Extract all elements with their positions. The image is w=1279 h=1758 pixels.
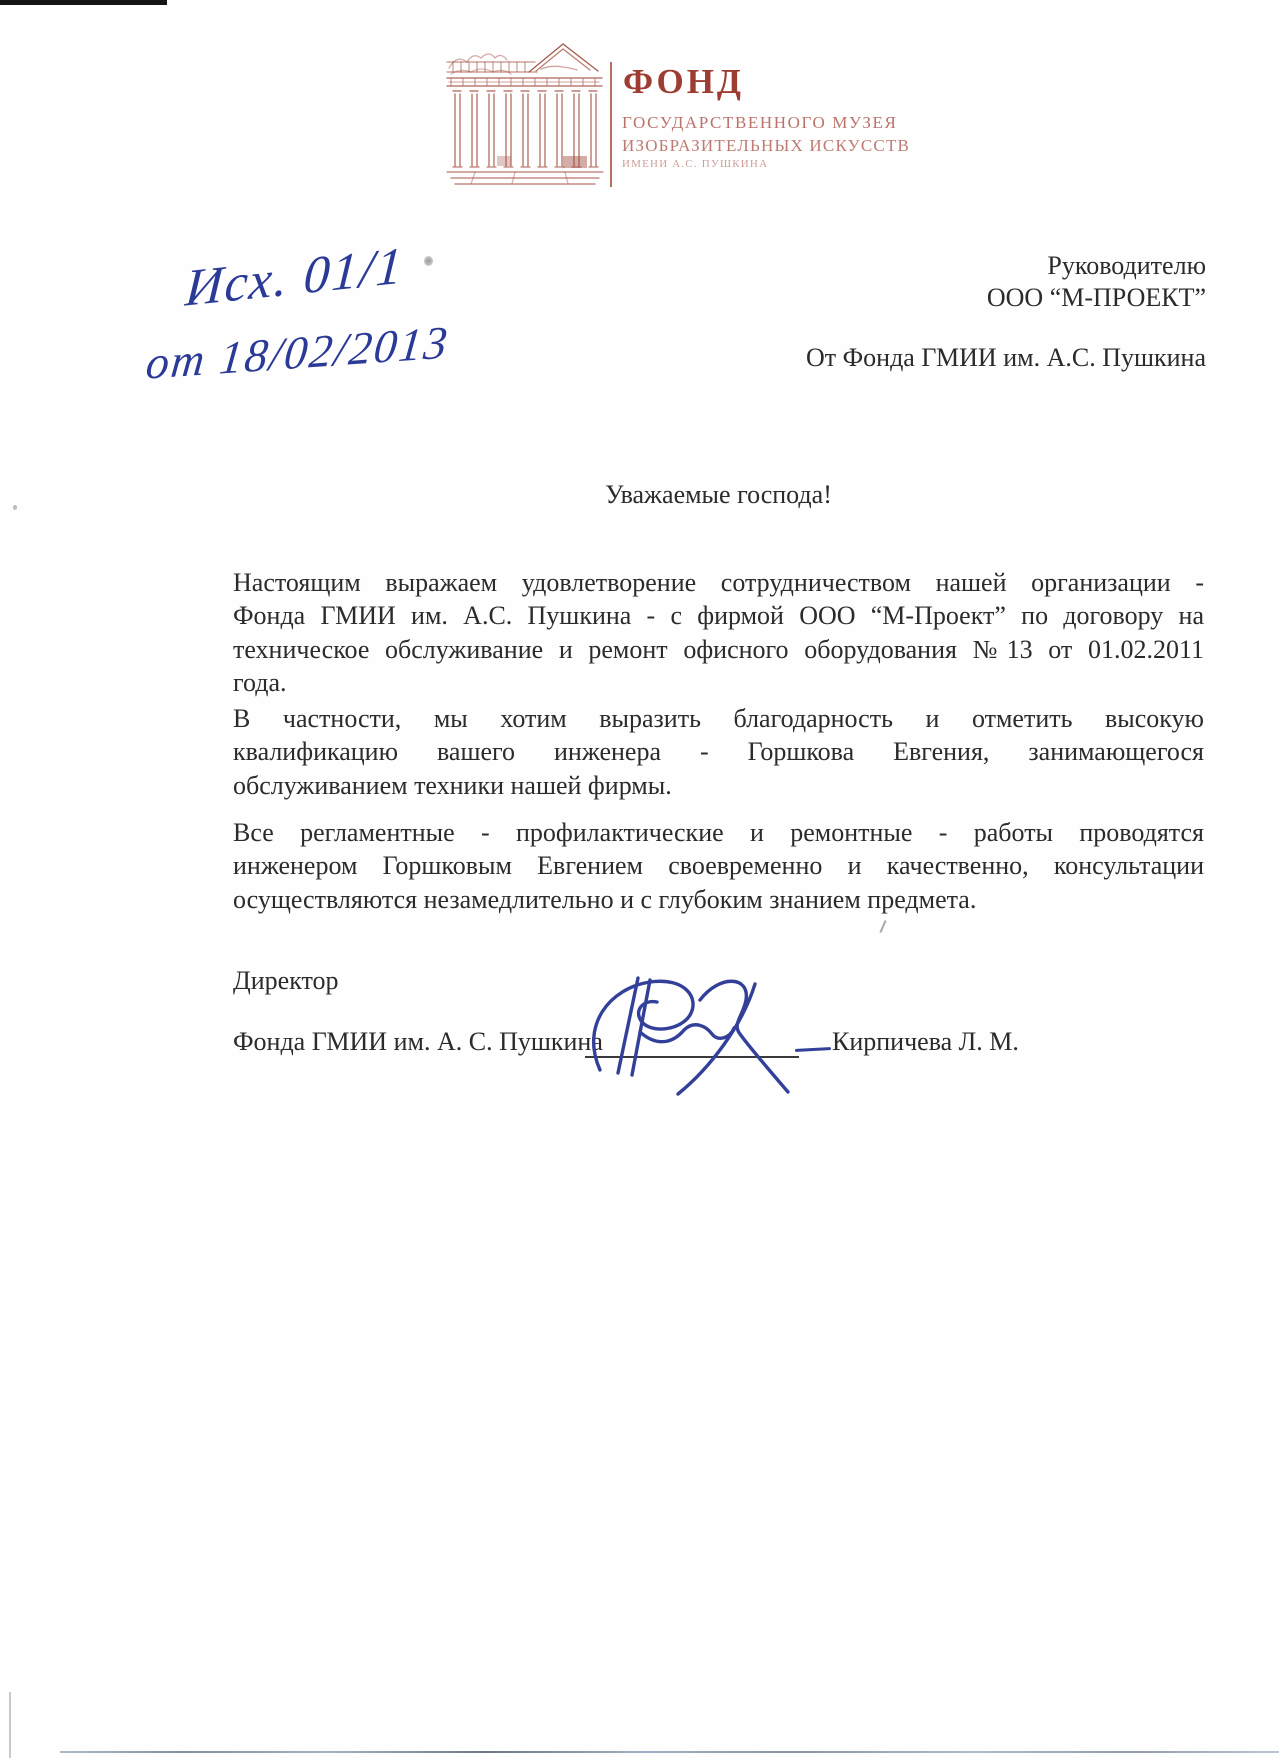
paragraph-line: квалификацию вашего инженера - Горшкова … bbox=[233, 735, 1204, 768]
body-paragraph-3: Все регламентные - профилактические и ре… bbox=[233, 816, 1204, 916]
body-paragraph-1: Настоящим выражаем удовлетворение сотруд… bbox=[233, 566, 1204, 700]
signer-organization: Фонда ГМИИ им. А. С. Пушкина bbox=[233, 1027, 603, 1057]
handwritten-signature bbox=[570, 970, 810, 1098]
recipient-line-1: Руководителю bbox=[806, 250, 1206, 282]
salutation: Уважаемые господа! bbox=[233, 480, 1204, 510]
paragraph-line: Настоящим выражаем удовлетворение сотруд… bbox=[233, 566, 1204, 599]
body-paragraph-2: В частности, мы хотим выразить благодарн… bbox=[233, 702, 1204, 802]
scan-speck-small bbox=[13, 505, 17, 510]
paragraph-line: осуществляются незамедлительно и с глубо… bbox=[233, 883, 1204, 916]
paragraph-line: года. bbox=[233, 666, 1204, 699]
recipient-line-2: ООО “М-ПРОЕКТ” bbox=[806, 282, 1206, 314]
paragraph-line: Все регламентные - профилактические и ре… bbox=[233, 816, 1204, 849]
handwritten-date: от 18/02/2013 bbox=[144, 315, 452, 390]
scan-artifact-bottom-line bbox=[60, 1751, 1279, 1753]
paragraph-line: обслуживанием техники нашей фирмы. bbox=[233, 769, 1204, 802]
signer-name: Кирпичева Л. М. bbox=[832, 1027, 1019, 1057]
museum-building-sketch-icon bbox=[445, 38, 605, 190]
letterhead-org-title: ФОНД bbox=[623, 62, 744, 102]
recipient-block: Руководителю ООО “М-ПРОЕКТ” От Фонда ГМИ… bbox=[806, 250, 1206, 374]
scan-artifact-top-line bbox=[0, 0, 167, 5]
letterhead-org-subtitle-3: ИМЕНИ А.С. ПУШКИНА bbox=[622, 158, 768, 170]
paragraph-line: техническое обслуживание и ремонт офисно… bbox=[233, 633, 1204, 666]
scan-artifact-left-line bbox=[9, 1692, 11, 1758]
letterhead-org-subtitle-1: ГОСУДАРСТВЕННОГО МУЗЕЯ bbox=[622, 113, 897, 133]
handwritten-ref-number: Исх. 01/1 bbox=[184, 236, 406, 319]
scan-speck bbox=[424, 256, 433, 266]
scanned-letter-page: ФОНД ГОСУДАРСТВЕННОГО МУЗЕЯ ИЗОБРАЗИТЕЛЬ… bbox=[0, 0, 1279, 1758]
paragraph-line: Фонда ГМИИ им. А.С. Пушкина - с фирмой О… bbox=[233, 599, 1204, 632]
letterhead-org-subtitle-2: ИЗОБРАЗИТЕЛЬНЫХ ИСКУССТВ bbox=[622, 136, 910, 156]
paragraph-line: инженером Горшковым Евгением своевременн… bbox=[233, 849, 1204, 882]
sender-line: От Фонда ГМИИ им. А.С. Пушкина bbox=[806, 342, 1206, 374]
signer-title: Директор bbox=[233, 966, 339, 996]
scan-slash-mark bbox=[879, 920, 886, 933]
letterhead-divider bbox=[610, 62, 612, 187]
paragraph-line: В частности, мы хотим выразить благодарн… bbox=[233, 702, 1204, 735]
